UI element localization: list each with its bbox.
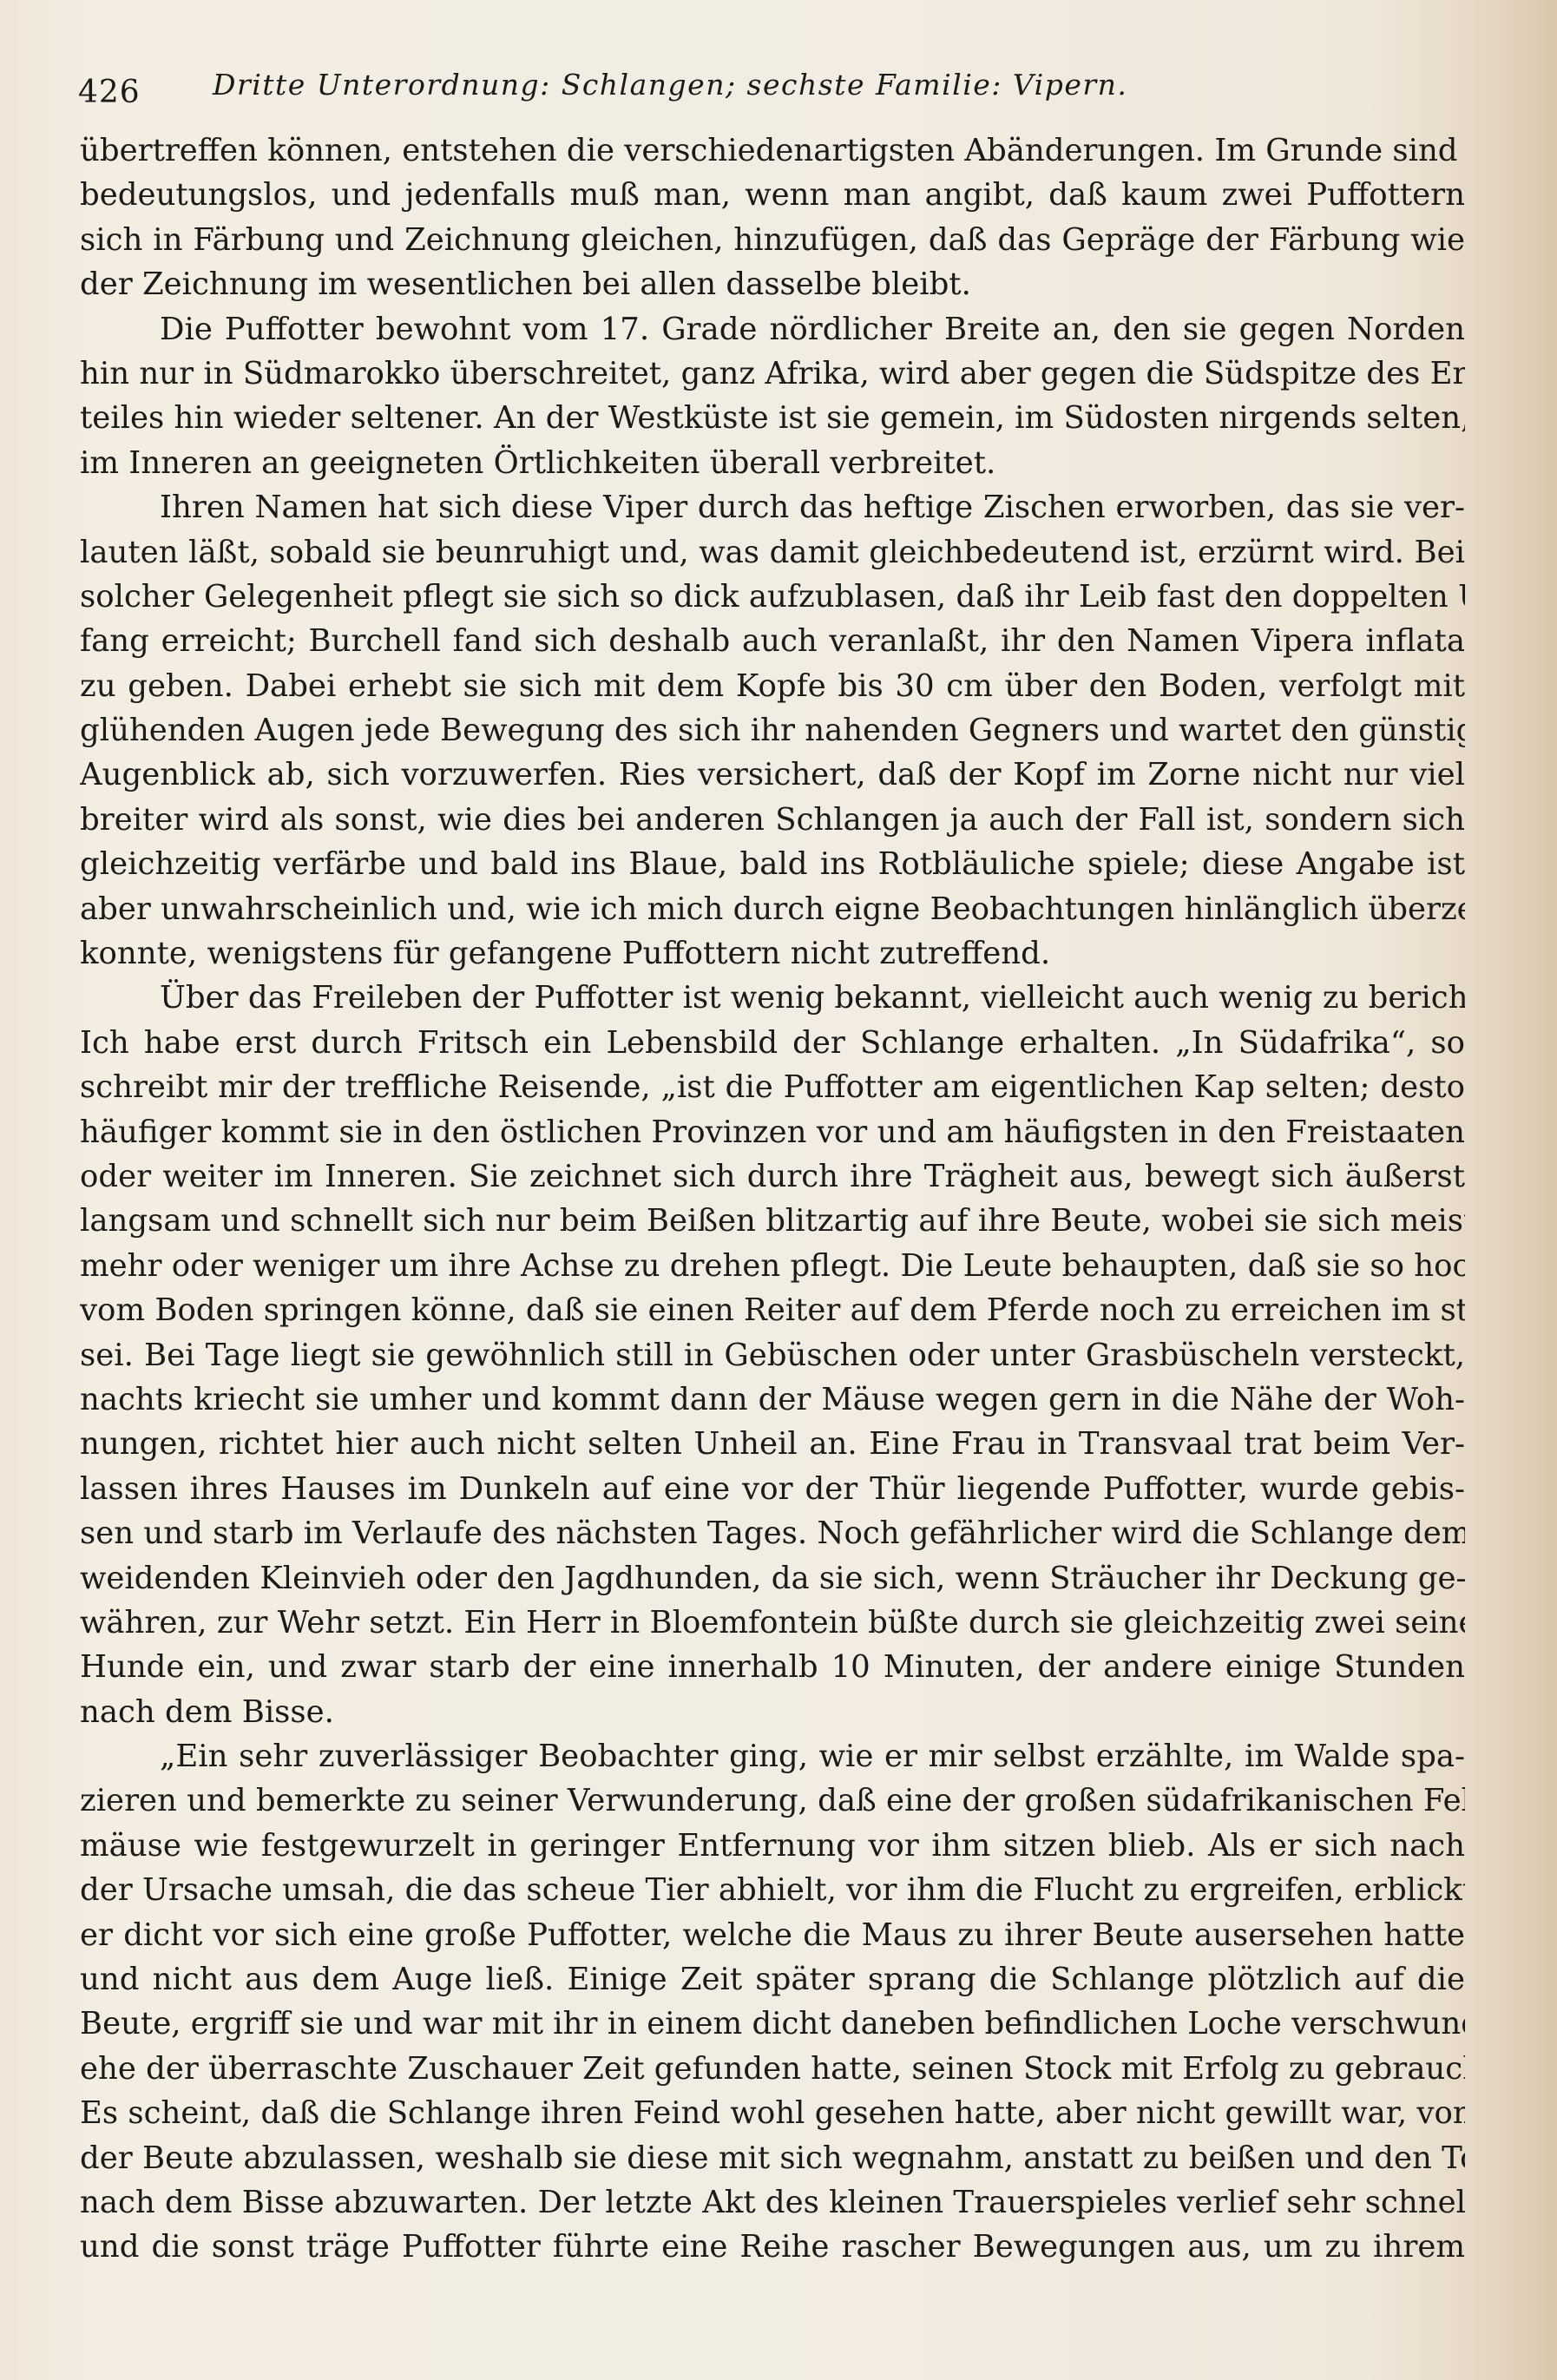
- text-line: schreibt mir der treffliche Reisende, „i…: [80, 1065, 1465, 1109]
- text-line: nachts kriecht sie umher und kommt dann …: [80, 1377, 1465, 1422]
- paragraph: Ihren Namen hat sich diese Viper durch d…: [80, 485, 1465, 976]
- paragraph: Die Puffotter bewohnt vom 17. Grade nörd…: [80, 307, 1465, 486]
- text-line: fang erreicht; Burchell fand sich deshal…: [80, 619, 1465, 663]
- body-text: übertreffen können, entstehen die versch…: [80, 128, 1465, 2270]
- text-line: Ich habe erst durch Fritsch ein Lebensbi…: [80, 1021, 1465, 1065]
- text-line: mehr oder weniger um ihre Achse zu drehe…: [80, 1244, 1465, 1288]
- text-line: lauten läßt, sobald sie beunruhigt und, …: [80, 530, 1465, 575]
- text-line: weidenden Kleinvieh oder den Jagdhunden,…: [80, 1556, 1465, 1601]
- text-line: aber unwahrscheinlich und, wie ich mich …: [80, 887, 1465, 931]
- text-line: währen, zur Wehr setzt. Ein Herr in Bloe…: [80, 1601, 1465, 1645]
- text-line: hin nur in Südmarokko überschreitet, gan…: [80, 352, 1465, 396]
- text-line: der Beute abzulassen, weshalb sie diese …: [80, 2136, 1465, 2180]
- text-line: Augenblick ab, sich vorzuwerfen. Ries ve…: [80, 753, 1465, 797]
- paragraph: Über das Freileben der Puffotter ist wen…: [80, 976, 1465, 1734]
- text-line: nungen, richtet hier auch nicht selten U…: [80, 1422, 1465, 1466]
- text-line: zu geben. Dabei erhebt sie sich mit dem …: [80, 664, 1465, 708]
- text-line: Die Puffotter bewohnt vom 17. Grade nörd…: [80, 307, 1465, 352]
- text-line: vom Boden springen könne, daß sie einen …: [80, 1288, 1465, 1332]
- text-line: häufiger kommt sie in den östlichen Prov…: [80, 1110, 1465, 1154]
- text-line: nach dem Bisse abzuwarten. Der letzte Ak…: [80, 2180, 1465, 2225]
- text-line: Ihren Namen hat sich diese Viper durch d…: [80, 485, 1465, 529]
- text-line: sich in Färbung und Zeichnung gleichen, …: [80, 218, 1465, 262]
- paragraph: übertreffen können, entstehen die versch…: [80, 128, 1465, 307]
- text-line: im Inneren an geeigneten Örtlichkeiten ü…: [80, 441, 1465, 485]
- text-line: breiter wird als sonst, wie dies bei and…: [80, 798, 1465, 842]
- text-line: Hunde ein, und zwar starb der eine inner…: [80, 1645, 1465, 1689]
- text-line: sen und starb im Verlaufe des nächsten T…: [80, 1511, 1465, 1555]
- text-line: oder weiter im Inneren. Sie zeichnet sic…: [80, 1154, 1465, 1199]
- running-head: Dritte Unterordnung: Schlangen; sechste …: [213, 68, 1127, 102]
- text-line: der Zeichnung im wesentlichen bei allen …: [80, 262, 1465, 306]
- text-line: Über das Freileben der Puffotter ist wen…: [80, 976, 1465, 1020]
- text-line: teiles hin wieder seltener. An der Westk…: [80, 396, 1465, 440]
- text-line: mäuse wie festgewurzelt in geringer Entf…: [80, 1824, 1465, 1868]
- text-line: lassen ihres Hauses im Dunkeln auf eine …: [80, 1467, 1465, 1511]
- page-header: 426 Dritte Unterordnung: Schlangen; sech…: [78, 68, 1467, 111]
- text-line: übertreffen können, entstehen die versch…: [80, 128, 1465, 173]
- book-page: 426 Dritte Unterordnung: Schlangen; sech…: [0, 0, 1557, 2380]
- text-line: und die sonst träge Puffotter führte ein…: [80, 2225, 1465, 2269]
- text-line: gleichzeitig verfärbe und bald ins Blaue…: [80, 842, 1465, 886]
- text-line: sei. Bei Tage liegt sie gewöhnlich still…: [80, 1333, 1465, 1377]
- text-line: glühenden Augen jede Bewegung des sich i…: [80, 708, 1465, 753]
- page-number: 426: [78, 75, 141, 110]
- text-line: und nicht aus dem Auge ließ. Einige Zeit…: [80, 1957, 1465, 2002]
- text-line: der Ursache umsah, die das scheue Tier a…: [80, 1868, 1465, 1912]
- text-line: nach dem Bisse.: [80, 1690, 1465, 1734]
- text-line: „Ein sehr zuverlässiger Beobachter ging,…: [80, 1734, 1465, 1778]
- paragraph: „Ein sehr zuverlässiger Beobachter ging,…: [80, 1734, 1465, 2270]
- text-line: solcher Gelegenheit pflegt sie sich so d…: [80, 575, 1465, 619]
- text-line: ehe der überraschte Zuschauer Zeit gefun…: [80, 2047, 1465, 2091]
- text-line: langsam und schnellt sich nur beim Beiße…: [80, 1199, 1465, 1243]
- text-line: er dicht vor sich eine große Puffotter, …: [80, 1913, 1465, 1957]
- text-line: konnte, wenigstens für gefangene Puffott…: [80, 931, 1465, 976]
- text-line: Es scheint, daß die Schlange ihren Feind…: [80, 2091, 1465, 2135]
- text-line: bedeutungslos, und jedenfalls muß man, w…: [80, 173, 1465, 217]
- text-line: Beute, ergriff sie und war mit ihr in ei…: [80, 2002, 1465, 2046]
- text-line: zieren und bemerkte zu seiner Verwunderu…: [80, 1778, 1465, 1823]
